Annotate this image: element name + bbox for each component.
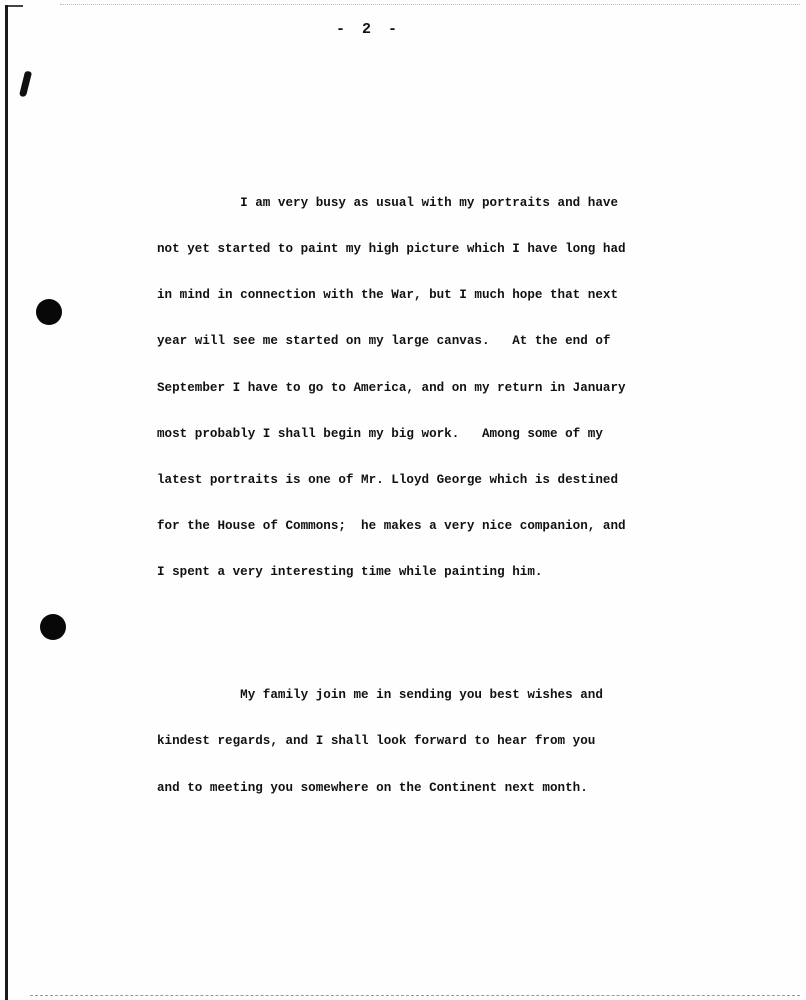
text-line: I am very busy as usual with my portrait… — [157, 196, 677, 211]
text-line: not yet started to paint my high picture… — [157, 242, 677, 257]
text-line: for the House of Commons; he makes a ver… — [157, 519, 677, 534]
letter-body: I am very busy as usual with my portrait… — [157, 134, 677, 858]
scan-artifact-top — [60, 4, 800, 6]
text-line: and to meeting you somewhere on the Cont… — [157, 781, 677, 796]
text-line: September I have to go to America, and o… — [157, 381, 677, 396]
paragraph-portraits: I am very busy as usual with my portrait… — [157, 165, 677, 612]
punch-hole-icon — [40, 614, 66, 640]
text-line: kindest regards, and I shall look forwar… — [157, 734, 677, 749]
text-line: My family join me in sending you best wi… — [157, 688, 677, 703]
text-line: year will see me started on my large can… — [157, 334, 677, 349]
text-line: I spent a very interesting time while pa… — [157, 565, 677, 580]
text-line: in mind in connection with the War, but … — [157, 288, 677, 303]
scan-artifact-bottom — [30, 995, 800, 997]
text-line: latest portraits is one of Mr. Lloyd Geo… — [157, 473, 677, 488]
paragraph-closing: My family join me in sending you best wi… — [157, 657, 677, 826]
letter-page: - 2 - I am very busy as usual with my po… — [0, 0, 806, 1000]
page-number: - 2 - — [336, 21, 401, 38]
punch-hole-icon — [36, 299, 62, 325]
binding-edge — [5, 5, 8, 1000]
ink-mark-icon — [19, 71, 32, 98]
text-line: most probably I shall begin my big work.… — [157, 427, 677, 442]
